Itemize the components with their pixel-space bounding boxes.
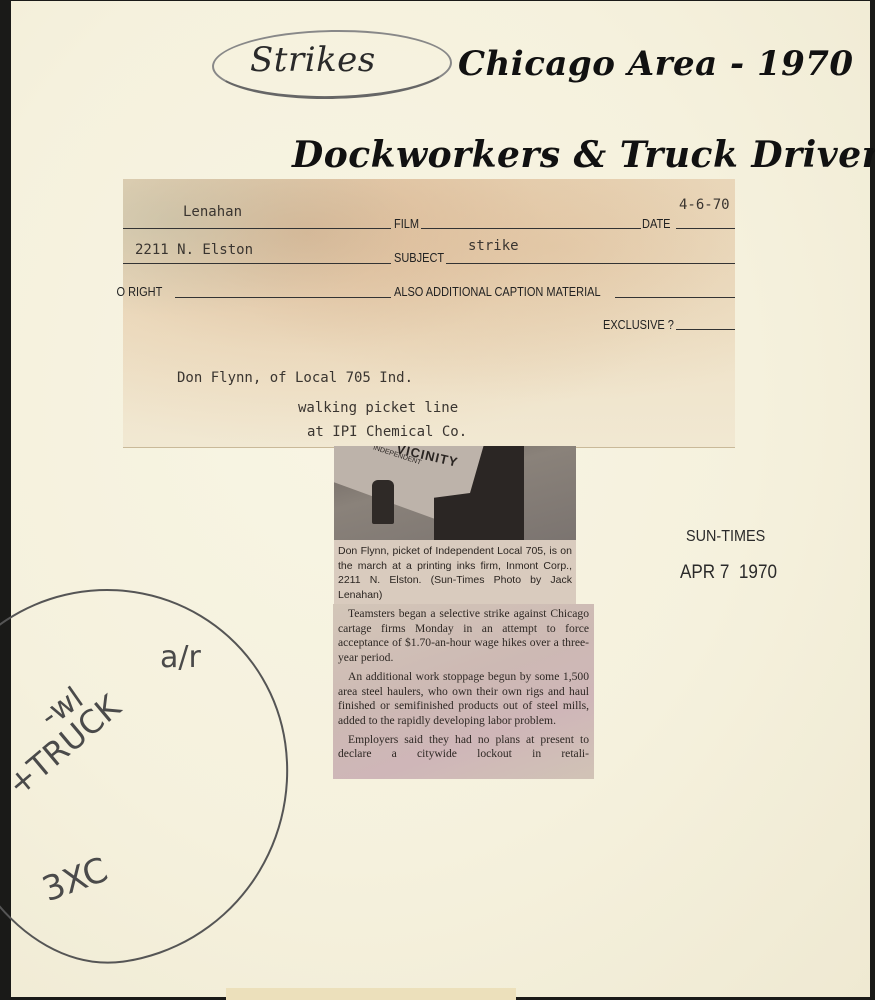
- tape-strip: [226, 988, 516, 1000]
- caption-line-2: walking picket line: [298, 400, 458, 416]
- date-rule: [676, 228, 735, 229]
- date-value: 4-6-70: [679, 197, 735, 213]
- address-value: 2211 N. Elston: [135, 242, 253, 258]
- location-year-label: Chicago Area - 1970: [458, 44, 854, 84]
- exclusive-label: EXCLUSIVE ?: [603, 318, 674, 332]
- photographer-rule: [123, 228, 391, 229]
- film-label: FILM: [394, 217, 419, 231]
- photographer-value: Lenahan: [183, 204, 242, 220]
- date-label: DATE: [642, 217, 671, 231]
- caption-card: Lenahan FILM DATE 4-6-70 2211 N. Elston …: [123, 179, 735, 448]
- exclusive-rule: [676, 329, 735, 330]
- publication-stamp: SUN-TIMES: [686, 528, 765, 546]
- caption-line-1: Don Flynn, of Local 705 Ind.: [177, 370, 413, 386]
- article-paragraph: Teamsters began a selective strike again…: [338, 607, 589, 666]
- publication-date-stamp: APR 7 1970: [680, 562, 777, 584]
- caption-line-3: at IPI Chemical Co.: [307, 424, 467, 440]
- clipping-photo-caption: Don Flynn, picket of Independent Local 7…: [334, 540, 576, 606]
- category-label: Strikes: [250, 40, 376, 80]
- additional-caption-rule: [615, 297, 735, 298]
- subject-label: SUBJECT: [394, 251, 444, 265]
- article-paragraph: Employers said they had no plans at pres…: [338, 733, 589, 762]
- address-rule: [123, 263, 391, 264]
- additional-caption-label: ALSO ADDITIONAL CAPTION MATERIAL: [394, 285, 601, 299]
- left-to-right-label: TO RIGHT: [117, 285, 170, 299]
- subject-value: strike: [468, 238, 519, 254]
- article-paragraph: An additional work stoppage begun by som…: [338, 670, 589, 729]
- picketer-figure: [372, 480, 394, 524]
- left-to-right-rule: [175, 297, 391, 298]
- pencil-note-ar: a/r: [160, 640, 201, 675]
- film-rule: [421, 228, 641, 229]
- clipping-photo: VICINITY INDEPENDENT: [334, 446, 576, 540]
- subject-rule: [446, 263, 735, 264]
- topic-label: Dockworkers & Truck Drivers: [292, 134, 875, 176]
- clipping-article: Teamsters began a selective strike again…: [333, 604, 594, 779]
